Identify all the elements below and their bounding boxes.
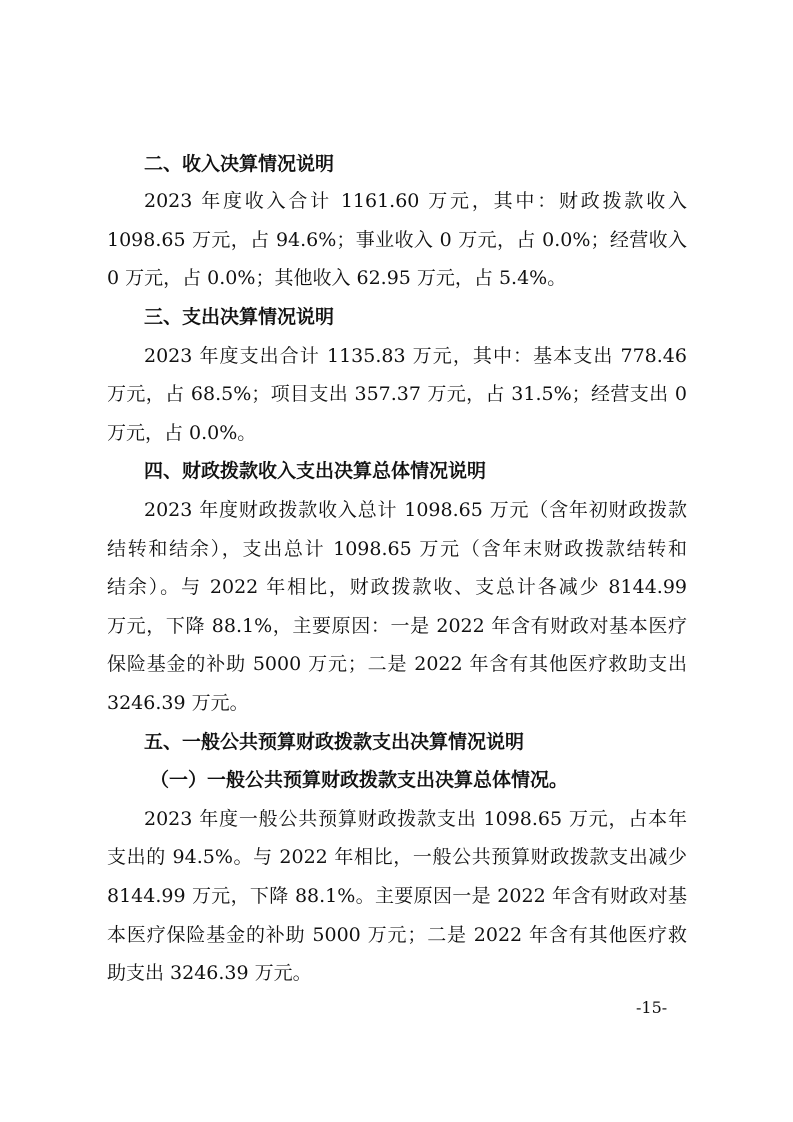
paragraph-line: 本医疗保险基金的补助 5000 万元；二是 2022 年含有其他医疗救 — [107, 923, 687, 947]
paragraph-line: 结余）。与 2022 年相比，财政拨款收、支总计各减少 8144.99 — [107, 575, 687, 599]
section-heading-fiscal-appropriation: 四、财政拨款收入支出决算总体情况说明 — [144, 459, 486, 483]
paragraph-line: 2023 年度收入合计 1161.60 万元，其中：财政拨款收入 — [144, 189, 687, 213]
section-heading-general-public-budget: 五、一般公共预算财政拨款支出决算情况说明 — [144, 730, 524, 754]
paragraph-line: 2023 年度一般公共预算财政拨款支出 1098.65 万元，占本年 — [144, 807, 687, 831]
section-heading-income: 二、收入决算情况说明 — [144, 152, 334, 176]
paragraph-line: 1098.65 万元，占 94.6%；事业收入 0 万元，占 0.0%；经营收入 — [107, 228, 687, 252]
paragraph-line: 8144.99 万元，下降 88.1%。主要原因一是 2022 年含有财政对基 — [107, 884, 687, 908]
subsection-heading-overall: （一）一般公共预算财政拨款支出决算总体情况。 — [150, 768, 568, 792]
paragraph-line: 2023 年度财政拨款收入总计 1098.65 万元（含年初财政拨款 — [144, 498, 687, 522]
section-heading-expenditure: 三、支出决算情况说明 — [144, 305, 334, 329]
paragraph-line: 0 万元，占 0.0%；其他收入 62.95 万元，占 5.4%。 — [107, 266, 687, 290]
paragraph-line: 保险基金的补助 5000 万元；二是 2022 年含有其他医疗救助支出 — [107, 652, 687, 676]
paragraph-line: 万元，占 68.5%；项目支出 357.37 万元，占 31.5%；经营支出 0 — [107, 382, 687, 406]
page-number: -15- — [636, 998, 667, 1018]
paragraph-line: 万元，下降 88.1%，主要原因：一是 2022 年含有财政对基本医疗 — [107, 614, 687, 638]
paragraph-line: 助支出 3246.39 万元。 — [107, 961, 687, 985]
document-page: 二、收入决算情况说明 2023 年度收入合计 1161.60 万元，其中：财政拨… — [0, 0, 793, 1122]
paragraph-line: 2023 年度支出合计 1135.83 万元，其中：基本支出 778.46 — [144, 344, 687, 368]
paragraph-line: 3246.39 万元。 — [107, 691, 687, 715]
paragraph-line: 结转和结余），支出总计 1098.65 万元（含年末财政拨款结转和 — [107, 537, 687, 561]
paragraph-line: 万元，占 0.0%。 — [107, 421, 687, 445]
paragraph-line: 支出的 94.5%。与 2022 年相比，一般公共预算财政拨款支出减少 — [107, 845, 687, 869]
